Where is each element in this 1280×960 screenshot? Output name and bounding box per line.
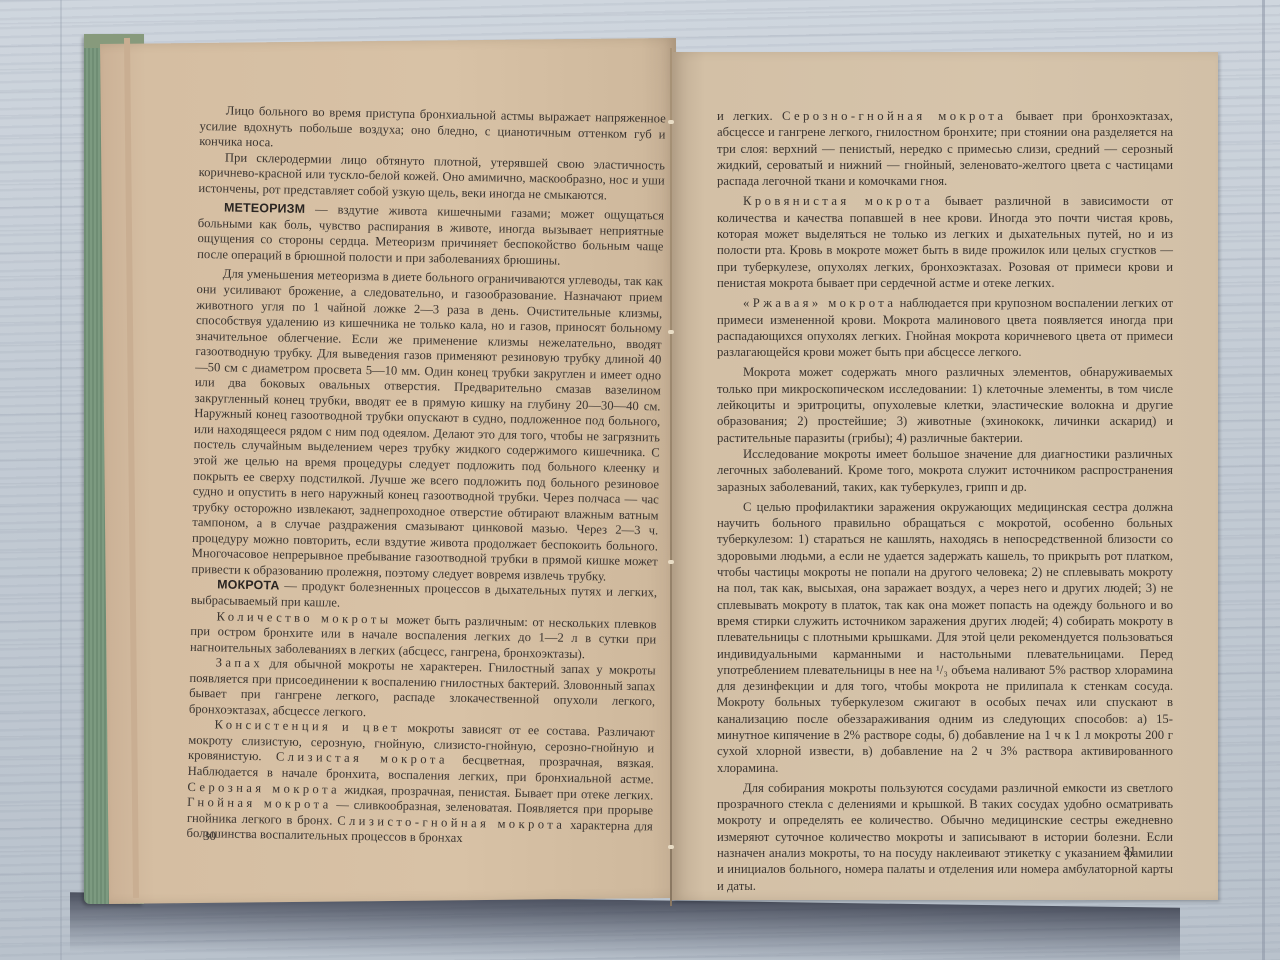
paragraph-text: При склеродермии лицо обтянуто плотной, … — [198, 150, 665, 202]
table-plank-gap — [60, 0, 62, 960]
paragraph: Количество мокроты может быть различным:… — [190, 608, 657, 663]
binding-stitch — [668, 330, 674, 334]
paragraph-text: и легких. — [717, 109, 782, 123]
spaced-term: «Ржавая» мокрота — [743, 296, 896, 310]
right-page-text: и легких. Серозно-гнойная мокрота бывает… — [717, 108, 1173, 894]
paragraph: Лицо больного во время приступа бронхиал… — [199, 103, 666, 158]
paragraph: Кровянистая мокрота бывает различной в з… — [717, 193, 1173, 291]
section-meteorism: МЕТЕОРИЗМ — вздутие живота кишечными газ… — [197, 200, 664, 271]
binding-stitch — [668, 120, 674, 124]
spaced-term: Серозная мокрота — [187, 779, 340, 796]
paragraph: С целью профилактики заражения окружающи… — [717, 499, 1173, 776]
paragraph-text: Мокрота может содержать много различных … — [717, 365, 1173, 444]
binding-stitch — [668, 845, 674, 849]
paragraph-text: Для уменьшения метеоризма в диете больно… — [191, 267, 663, 583]
paragraph: Для уменьшения метеоризма в диете больно… — [191, 266, 663, 585]
binding-stitch — [668, 560, 674, 564]
spaced-term: Количество мокроты — [216, 609, 391, 626]
spaced-term: Слизистая мокрота — [276, 750, 448, 767]
spaced-term: Запах — [216, 656, 264, 671]
paragraph: Для собирания мокроты пользуются сосудам… — [717, 780, 1173, 894]
left-page-text: Лицо больного во время приступа бронхиал… — [186, 103, 665, 850]
section-heading: МЕТЕОРИЗМ — [224, 201, 305, 216]
spaced-term: Кровянистая мокрота — [743, 194, 933, 208]
paragraph: При склеродермии лицо обтянуто плотной, … — [198, 150, 665, 205]
paragraph-text: бывает различной в зависимости от количе… — [717, 194, 1173, 289]
spaced-term: Консистенция и цвет — [214, 718, 400, 735]
paragraph: и легких. Серозно-гнойная мокрота бывает… — [717, 108, 1173, 189]
page-number-right: 31 — [1123, 843, 1136, 859]
paragraph-text: Исследование мокроты имеет большое значе… — [717, 447, 1173, 494]
page-number-left: 30 — [203, 828, 216, 844]
paragraph: Запах для обычной мокроты не характерен.… — [189, 655, 656, 726]
paragraph: Консистенция и цвет мокроты зависят от е… — [186, 717, 654, 850]
paragraph: «Ржавая» мокрота наблюдается при крупозн… — [717, 295, 1173, 360]
table-plank-gap — [1262, 0, 1265, 960]
spaced-term: Серозно-гнойная мокрота — [782, 109, 1007, 123]
spaced-term: Гнойная мокрота — [187, 795, 332, 812]
paragraph-text: С целью профилактики заражения окружающи… — [717, 500, 1173, 775]
paragraph: Исследование мокроты имеет большое значе… — [717, 446, 1173, 495]
paragraph: Мокрота может содержать много различных … — [717, 364, 1173, 445]
paragraph-text: Для собирания мокроты пользуются сосудам… — [717, 781, 1173, 893]
section-heading: МОКРОТА — [217, 578, 280, 593]
paragraph-text: Лицо больного во время приступа бронхиал… — [199, 103, 666, 149]
book-spine-gutter — [670, 48, 672, 906]
